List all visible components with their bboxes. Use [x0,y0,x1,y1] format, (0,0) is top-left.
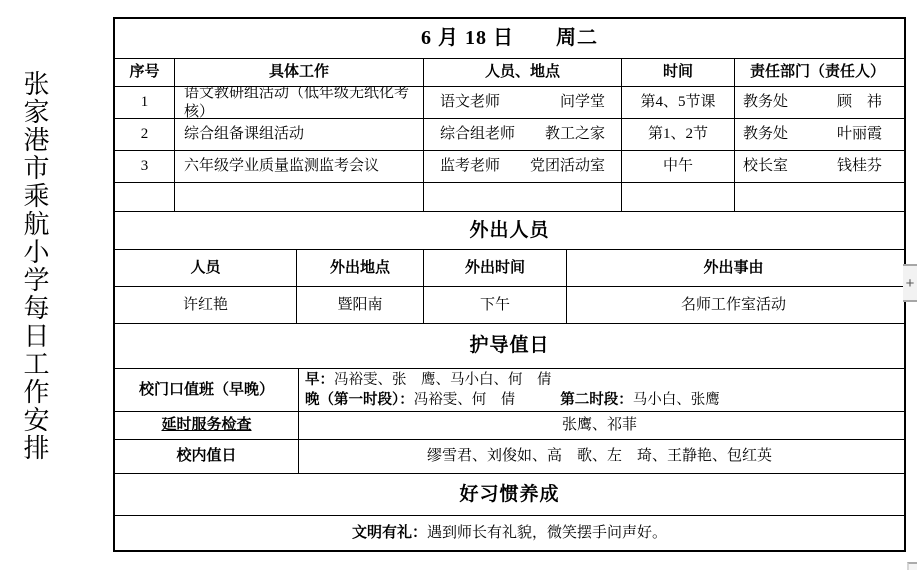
row-dept-owner: 教务处 叶丽霞 [735,119,900,150]
row-time [622,183,735,211]
row-place: 党团活动室 [530,157,605,176]
outing-header-row: 人员 外出地点 外出时间 外出事由 [115,250,904,287]
plus-button[interactable]: + [903,264,917,302]
row-task: 六年级学业质量监测监考会议 [175,151,424,182]
gate-evening-slot1-names: 冯裕雯、何 倩 [414,392,516,408]
delay-check-row: 延时服务检查 张鹰、祁菲 [115,412,904,440]
col-header-no: 序号 [115,59,175,86]
habit-section-title: 好习惯养成 [115,474,904,515]
row-place: 教工之家 [545,125,605,144]
table-row: 3 六年级学业质量监测监考会议 监考老师 党团活动室 中午 校长室 钱桂芬 [115,151,904,183]
row-no: 2 [115,119,175,150]
outing-col-person: 人员 [115,250,297,286]
outing-time: 下午 [424,287,567,323]
row-owner: 叶丽霞 [837,125,882,144]
daily-schedule-table: 6 月 18 日 周二 序号 具体工作 人员、地点 时间 责任部门（责任人） 1… [113,17,906,552]
habit-content: 文明有礼：遇到师长有礼貌，微笑摆手问声好。 [115,516,904,550]
row-person: 监考老师 [440,157,500,176]
outing-col-place: 外出地点 [297,250,424,286]
col-header-task: 具体工作 [175,59,424,86]
campus-duty-names: 缪雪君、刘俊如、高 歌、左 琦、王静艳、包红英 [299,440,900,473]
row-time: 中午 [622,151,735,182]
row-person: 综合组老师 [440,125,515,144]
campus-duty-label: 校内值日 [115,440,299,473]
outing-section-title: 外出人员 [115,212,904,249]
duty-section-title: 护导值日 [115,324,904,368]
row-dept: 教务处 [743,125,788,144]
delay-check-label: 延时服务检查 [115,412,299,439]
outing-col-time: 外出时间 [424,250,567,286]
schedule-header-row: 序号 具体工作 人员、地点 时间 责任部门（责任人） [115,59,904,87]
col-header-person-place: 人员、地点 [424,59,622,86]
habit-content-row: 文明有礼：遇到师长有礼貌，微笑摆手问声好。 [115,516,904,550]
scrollbar-corner[interactable] [907,562,917,570]
row-task: 语文教研组活动（低年级无纸化考核） [175,87,424,118]
row-dept-owner: 校长室 钱桂芬 [735,151,900,182]
gate-morning-label: 早： [305,372,334,388]
outing-col-reason: 外出事由 [567,250,900,286]
row-dept: 教务处 [743,93,788,112]
gate-duty-content: 早：冯裕雯、张 鹰、马小白、何 倩 晚（第一时段）：冯裕雯、何 倩第二时段：马小… [299,369,900,411]
gate-evening-slot1-label: 晚（第一时段）： [305,392,414,408]
row-task [175,183,424,211]
row-owner: 顾 祎 [837,93,882,112]
row-dept-owner [735,183,900,211]
gate-evening-slot2-names: 马小白、张鹰 [633,392,720,408]
row-person-place: 语文老师 问学堂 [424,87,622,118]
habit-text: 遇到师长有礼貌，微笑摆手问声好。 [427,524,667,543]
outing-section-row: 外出人员 [115,212,904,250]
row-dept: 校长室 [743,157,788,176]
duty-section-row: 护导值日 [115,324,904,369]
campus-duty-row: 校内值日 缪雪君、刘俊如、高 歌、左 琦、王静艳、包红英 [115,440,904,474]
gate-duty-label: 校门口值班（早晚） [115,369,299,411]
col-header-time: 时间 [622,59,735,86]
gate-morning-names: 冯裕雯、张 鹰、马小白、何 倩 [334,372,552,388]
gate-evening-slot2-label: 第二时段： [560,392,633,408]
row-owner: 钱桂芬 [837,157,882,176]
delay-check-names: 张鹰、祁菲 [299,412,900,439]
outing-place: 暨阳南 [297,287,424,323]
row-no: 1 [115,87,175,118]
row-person-place [424,183,622,211]
habit-label: 文明有礼： [352,524,427,543]
document-vertical-title: 张家港市乘航小学每日工作安排 [16,70,53,462]
row-dept-owner: 教务处 顾 祎 [735,87,900,118]
plus-icon: + [906,275,915,292]
gate-evening-line: 晚（第一时段）：冯裕雯、何 倩第二时段：马小白、张鹰 [305,390,720,410]
outing-reason: 名师工作室活动 [567,287,900,323]
row-task: 综合组备课组活动 [175,119,424,150]
gate-morning-line: 早：冯裕雯、张 鹰、马小白、何 倩 [305,370,552,390]
row-no: 3 [115,151,175,182]
row-place: 问学堂 [560,93,605,112]
row-person-place: 综合组老师 教工之家 [424,119,622,150]
row-time: 第4、5节课 [622,87,735,118]
row-person: 语文老师 [440,93,500,112]
table-row: 1 语文教研组活动（低年级无纸化考核） 语文老师 问学堂 第4、5节课 教务处 … [115,87,904,119]
date-header: 6 月 18 日 周二 [115,19,904,58]
outing-row: 许红艳 暨阳南 下午 名师工作室活动 [115,287,904,324]
col-header-dept: 责任部门（责任人） [735,59,900,86]
row-person-place: 监考老师 党团活动室 [424,151,622,182]
table-row: 2 综合组备课组活动 综合组老师 教工之家 第1、2节 教务处 叶丽霞 [115,119,904,151]
gate-duty-row: 校门口值班（早晚） 早：冯裕雯、张 鹰、马小白、何 倩 晚（第一时段）：冯裕雯、… [115,369,904,412]
row-time: 第1、2节 [622,119,735,150]
outing-person: 许红艳 [115,287,297,323]
table-row-empty [115,183,904,212]
date-header-row: 6 月 18 日 周二 [115,19,904,59]
row-no [115,183,175,211]
habit-section-row: 好习惯养成 [115,474,904,516]
